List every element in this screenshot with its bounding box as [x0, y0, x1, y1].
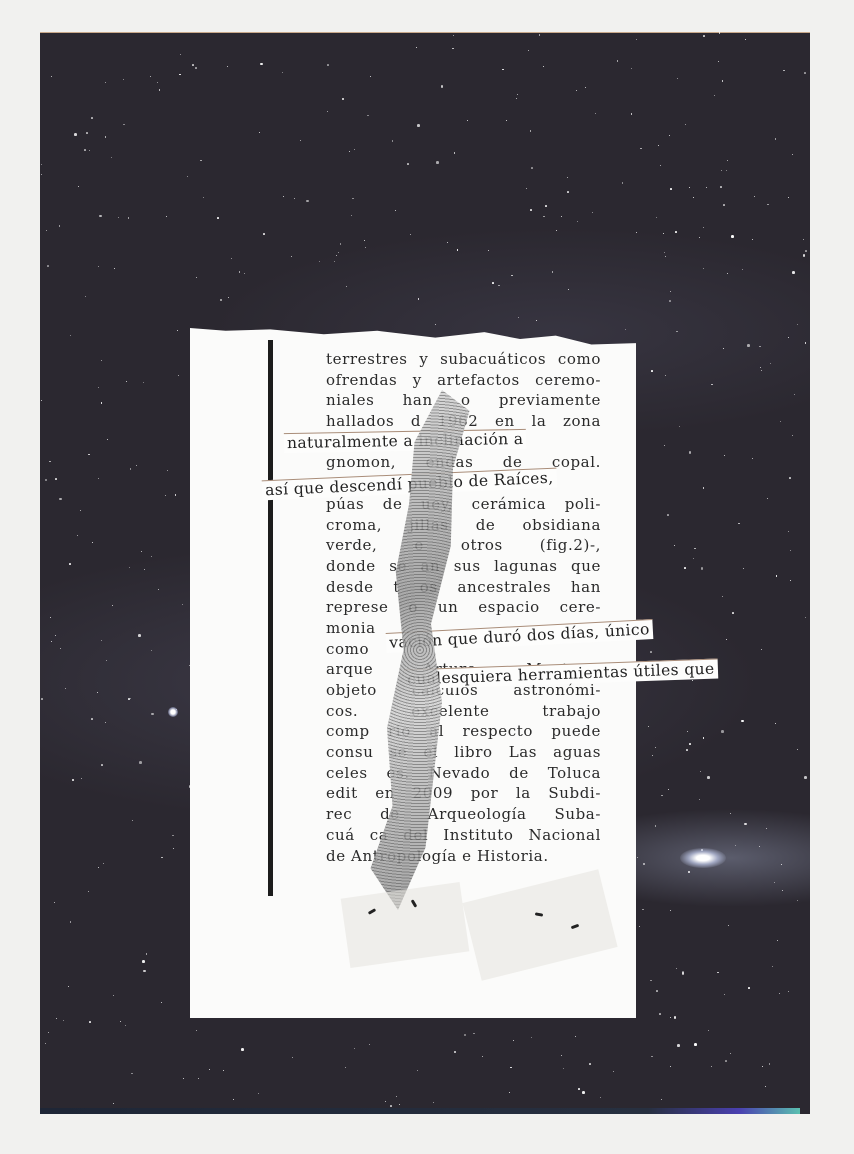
text-line: verde, e otros (fig.2)-, [326, 535, 601, 556]
vertical-rule [268, 340, 273, 896]
text-line: comp rio al respecto puede [326, 721, 601, 742]
text-line: de Antropología e Historia. [326, 846, 601, 867]
pasted-strip: naturalmente a inclinación a [284, 429, 527, 453]
text-line: cos. excelente trabajo [326, 701, 601, 722]
text-line: donde se an sus lagunas que [326, 556, 601, 577]
card-bottom-edge [40, 1108, 800, 1114]
text-line: represe o un espacio cere- [326, 597, 601, 618]
bright-star [168, 707, 178, 717]
text-line: croma, jillas de obsidiana [326, 515, 601, 536]
galaxy [680, 848, 726, 868]
text-line: celes es. Nevado de Toluca [326, 763, 601, 784]
text-line: cuá ca del Instituto Nacional [326, 825, 601, 846]
text-line: púas de uey, cerámica poli- [326, 494, 601, 515]
text-line: desde t os ancestrales han [326, 577, 601, 598]
text-line: edit en 2009 por la Subdi- [326, 783, 601, 804]
text-line: consu se el libro Las aguas [326, 742, 601, 763]
text-line: ofrendas y artefactos ceremo- [326, 370, 601, 391]
text-line: terrestres y subacuáticos como [326, 349, 601, 370]
text-line: gnomon, endas de copal. [326, 452, 601, 473]
text-line: rec de Arqueología Suba- [326, 804, 601, 825]
